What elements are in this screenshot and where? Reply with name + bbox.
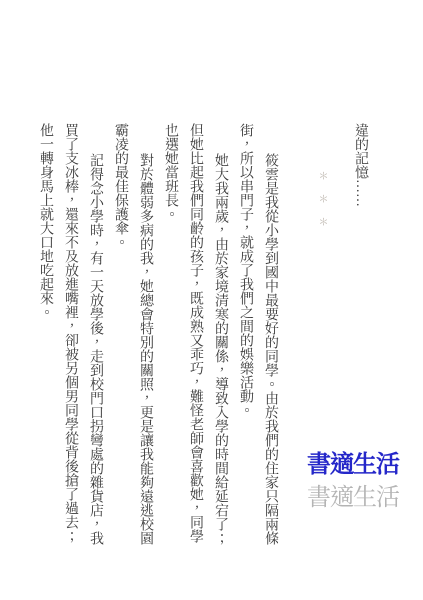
paragraph-1: 筱雲是我從小學到國中最要好的同學。由於我們的住家只隔兩條街，所以串門子，就成了我… (233, 123, 283, 549)
paragraph-2: 她大我兩歲，由於家境清寒的關係，導致入學的時間給延宕了；但她比起我們同齡的孩子，… (158, 123, 233, 549)
paragraph-4: 記得念小學時，有一天放學後，走到校門口拐彎處的雜貨店，我買了支冰棒，還來不及放進… (33, 123, 108, 549)
book-page: 違的記憶…… ＊＊＊ 筱雲是我從小學到國中最要好的同學。由於我們的住家只隔兩條街… (0, 0, 423, 600)
watermark-secondary: 書適生活 (307, 477, 399, 512)
watermark-primary: 書適生活 (307, 444, 399, 479)
paragraph-3: 對於體弱多病的我，她總會特別的關照，更是讓我能夠遠逃校園霸凌的最佳保護傘。 (108, 123, 158, 549)
